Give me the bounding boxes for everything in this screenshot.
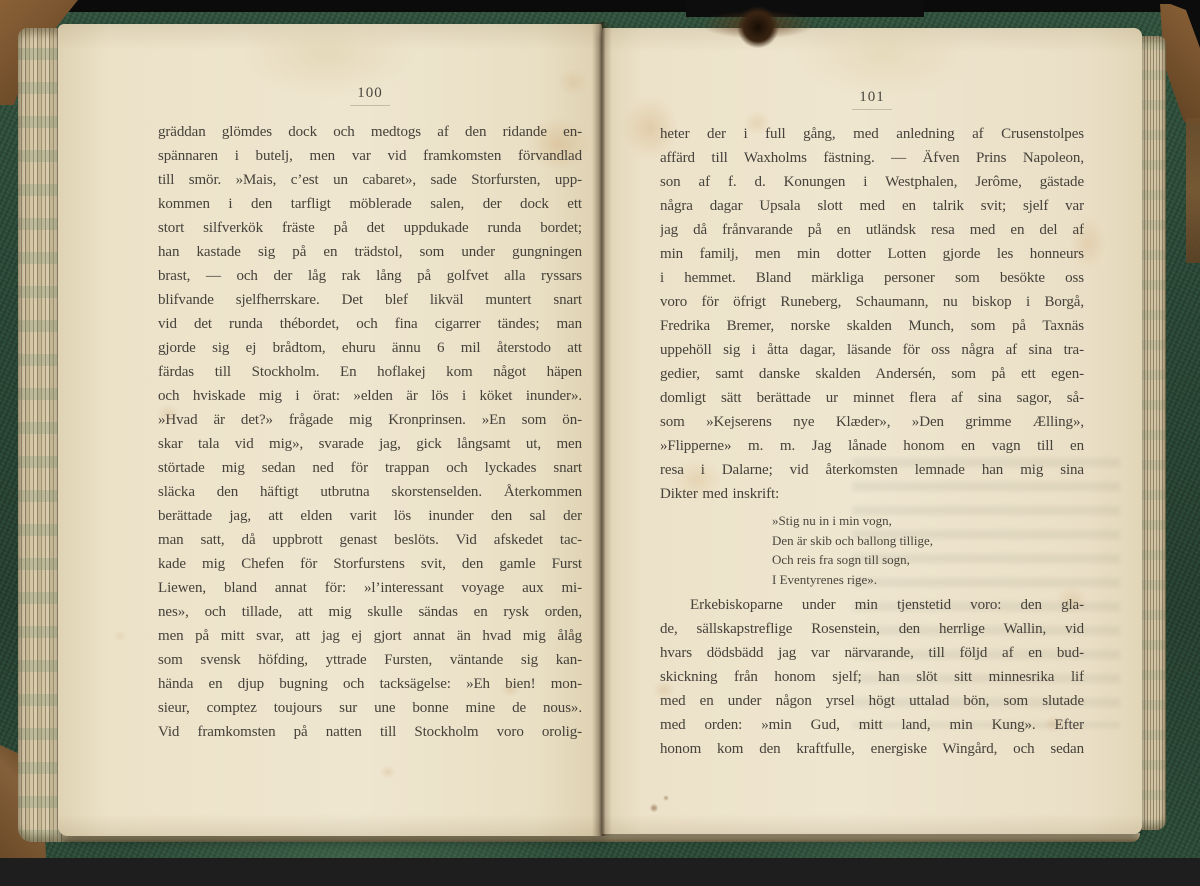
text-line: honom kom den kraftfulle, energiske Wing…: [660, 737, 1084, 761]
text-line: hända en djup bugning och tacksägelse: »…: [158, 672, 582, 696]
prose-block-2: Erkebiskoparne under min tjenstetid voro…: [660, 593, 1084, 761]
text-line: vid det runda thébordet, och fina cigarr…: [158, 312, 582, 336]
text-line: till smör. »Mais, c’est un cabaret», sad…: [158, 168, 582, 192]
text-line: Fredrika Bremer, norske skalden Munch, s…: [660, 314, 1084, 338]
text-line: hvars dödsbädd jag var närvarande, till …: [660, 641, 1084, 665]
inscription-intro-line: Dikter med inskrift:: [660, 482, 1084, 506]
text-line: skar tala vid mig», svarade jag, gick lå…: [158, 432, 582, 456]
text-line: som »Kejserens nye Klæder», »Den grimme …: [660, 410, 1084, 434]
page-number-row-right: 101: [660, 88, 1084, 110]
text-line: min familj, men min dotter Lotten gjorde…: [660, 242, 1084, 266]
page-number-row-left: 100: [158, 84, 582, 106]
text-line: störtade mig sedan ned för trappan och l…: [158, 456, 582, 480]
text-line: gjorde sig ej brådtom, ehuru ännu 6 mil …: [158, 336, 582, 360]
page-number-right: 101: [852, 89, 892, 110]
text-line: brast, — och der låg rak lång på golfvet…: [158, 264, 582, 288]
spine-crease: [592, 22, 612, 836]
text-line: i hemmet. Bland märkliga personer som be…: [660, 266, 1084, 290]
binding-notch: [737, 6, 779, 72]
text-line: domligt sätt berättade ur minnet flera a…: [660, 386, 1084, 410]
text-line: men på mitt svar, att jag ej gjort annat…: [158, 624, 582, 648]
leather-edge-right: [1186, 118, 1200, 263]
text-line: voro för öfrigt Runeberg, Schaumann, nu …: [660, 290, 1084, 314]
page-left: 100 gräddan glömdes dock och medtogs af …: [58, 24, 602, 836]
text-line: kommen i den tarfligt möblerade salen, d…: [158, 192, 582, 216]
text-line: »Hvad är det?» frågade mig Kronprinsen. …: [158, 408, 582, 432]
page-left-text: gräddan glömdes dock och medtogs af den …: [158, 120, 582, 744]
text-line: Den är skib och ballong tillige,: [772, 531, 1084, 551]
page-right: 101 heter der i full gång, med anledning…: [602, 28, 1142, 834]
text-line: nes», och tillade, att mig skulle sändas…: [158, 600, 582, 624]
text-line: gedier, samt danske skalden Andersén, so…: [660, 362, 1084, 386]
text-line: med en under någon yrsel högt uttalad bö…: [660, 689, 1084, 713]
text-line: man satt, då uppbrott genast beslöts. Vi…: [158, 528, 582, 552]
text-line: och hviskade mig i örat: »elden är lös i…: [158, 384, 582, 408]
text-line: »Flipperne» m. m. Jag lånade honom en va…: [660, 434, 1084, 458]
text-line: kade mig Chefen för Storfurstens svit, d…: [158, 552, 582, 576]
poem-block: »Stig nu in i min vogn,Den är skib och b…: [772, 511, 1084, 589]
text-line: resa i Dalarne; vid återkomsten lemnade …: [660, 458, 1084, 482]
prose-block-1: heter der i full gång, med anledning af …: [660, 122, 1084, 482]
text-line: blifvande sjelfherrskare. Det blef likvä…: [158, 288, 582, 312]
text-line: son af f. d. Konungen i Westphalen, Jerô…: [660, 170, 1084, 194]
text-line: sieur, comptez toujours sur une bonne mi…: [158, 696, 582, 720]
text-line: Vid framkomsten på natten till Stockholm…: [158, 720, 582, 744]
text-line: han kastade sig på en trädstol, som unde…: [158, 240, 582, 264]
text-line: jag då frånvarande på en utländsk resa m…: [660, 218, 1084, 242]
text-line: några dagar Upsala slott med en talrik s…: [660, 194, 1084, 218]
text-line: Erkebiskoparne under min tjenstetid voro…: [660, 593, 1084, 617]
page-number-left: 100: [350, 85, 390, 106]
text-line: som svensk höfding, yttrade Fursten, vän…: [158, 648, 582, 672]
text-line: med orden: »min Gud, mitt land, min Kung…: [660, 713, 1084, 737]
table-surface-bottom: [0, 858, 1200, 886]
text-line: gräddan glömdes dock och medtogs af den …: [158, 120, 582, 144]
text-line: släcka den häftigt utbrutna skorstenseld…: [158, 480, 582, 504]
text-line: »Stig nu in i min vogn,: [772, 511, 1084, 531]
text-line: Och reis fra sogn till sogn,: [772, 550, 1084, 570]
text-line: färdas till Stockholm. En hoflakej kom n…: [158, 360, 582, 384]
text-line: heter der i full gång, med anledning af …: [660, 122, 1084, 146]
page-right-text: heter der i full gång, med anledning af …: [660, 122, 1084, 761]
text-line: berättade jag, att elden varit lös inund…: [158, 504, 582, 528]
text-line: Liewen, bland annat för: »l’interessant …: [158, 576, 582, 600]
text-line: stort silfverkök fräste på det uppdukade…: [158, 216, 582, 240]
open-book-photo: 100 gräddan glömdes dock och medtogs af …: [0, 0, 1200, 886]
text-line: affärd till Waxholms fästning. — Äfven P…: [660, 146, 1084, 170]
text-line: uppehöll sig i åtta dagar, läsande för o…: [660, 338, 1084, 362]
text-line: de, sällskapstreflige Rosenstein, den he…: [660, 617, 1084, 641]
text-line: spännaren i butelj, men var vid framkoms…: [158, 144, 582, 168]
text-line: I Eventyrenes rige».: [772, 570, 1084, 590]
text-line: skickning från honom sjelf; han slöt sit…: [660, 665, 1084, 689]
